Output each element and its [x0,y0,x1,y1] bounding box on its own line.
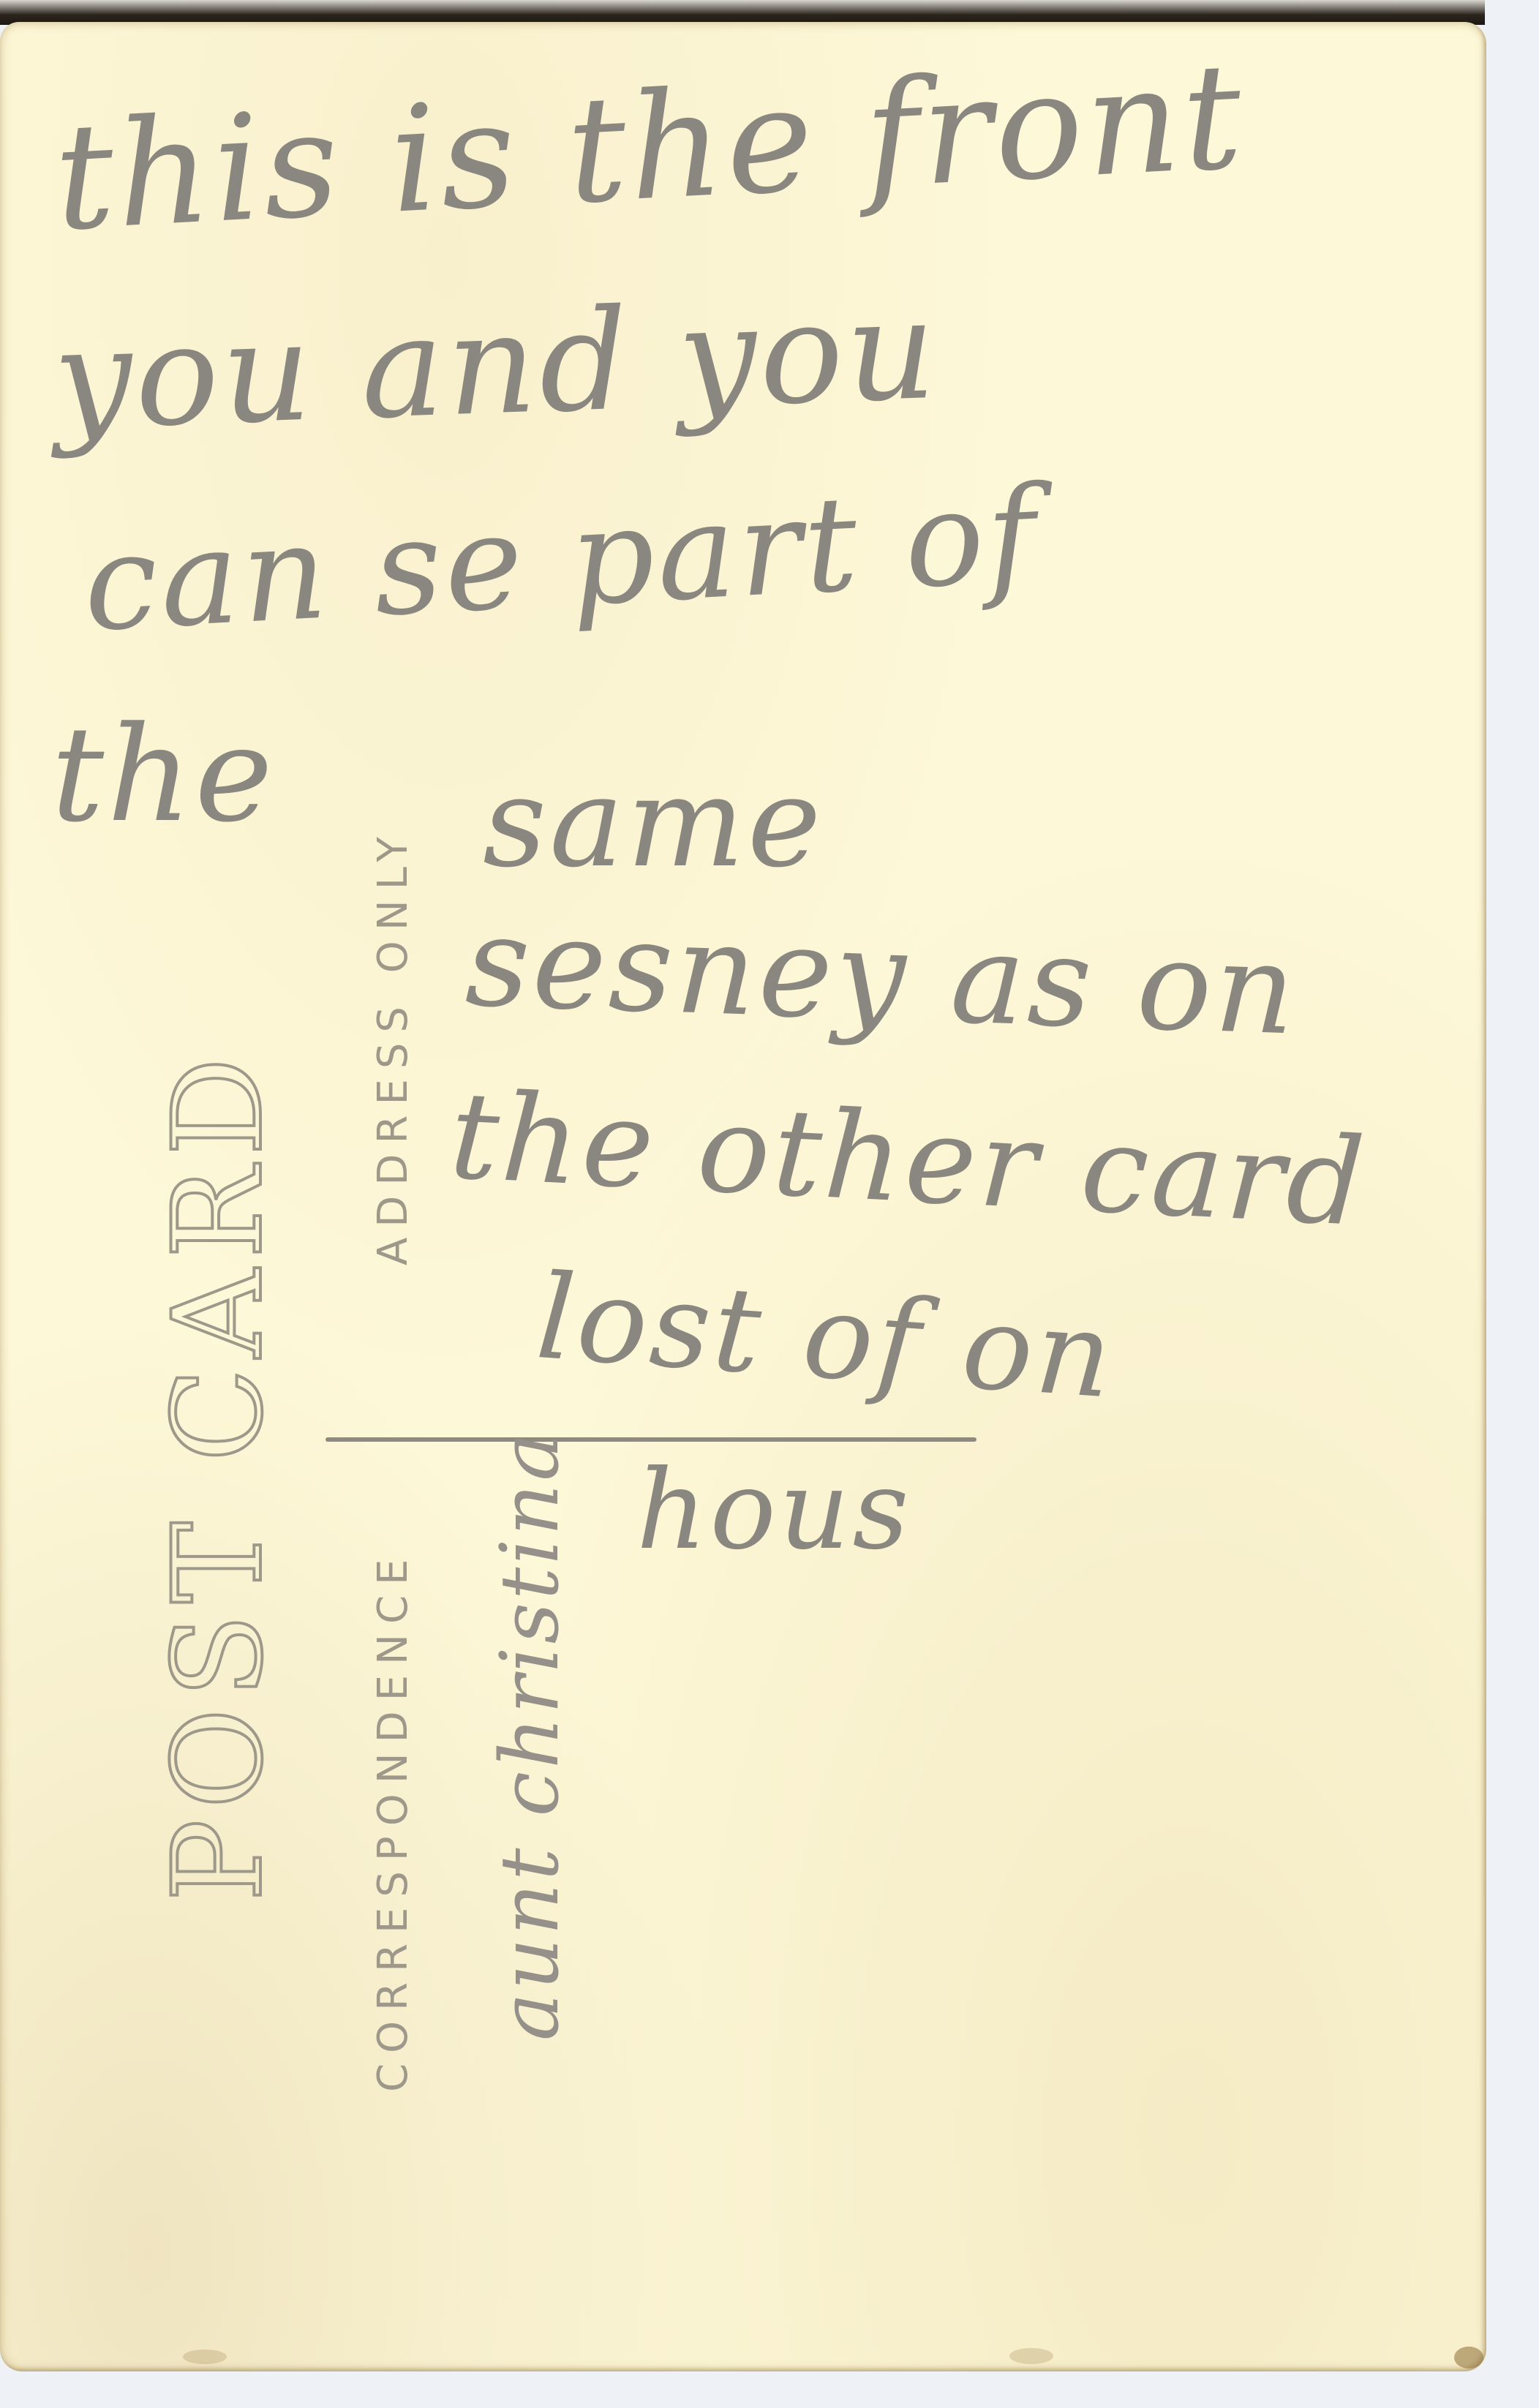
message-line-4: the [51,710,276,841]
message-line-9: hous [636,1456,912,1565]
divider-line [326,1437,977,1442]
postcard-title: POST CARD [146,1047,290,1902]
message-line-7: the other card [447,1075,1370,1243]
message-line-1: this is the front [51,44,1248,252]
message-line-8: lost of on [533,1258,1118,1415]
corner-wear [1454,2347,1483,2369]
edge-stain [1009,2348,1053,2364]
message-line-3: can se part of [80,470,1042,651]
signature: aunt christina [483,1430,576,2041]
edge-stain [183,2349,227,2364]
scanner-edge-shadow [0,0,1485,25]
message-line-2: you and you [51,280,941,450]
address-only-label: ADDRESS ONLY [369,827,417,1265]
correspondence-label: CORRESPONDENCE [369,1549,417,2092]
message-line-5: same [483,761,824,885]
message-line-6: sesney as on [464,900,1300,1053]
postcard: this is the front you and you can se par… [0,22,1486,2371]
